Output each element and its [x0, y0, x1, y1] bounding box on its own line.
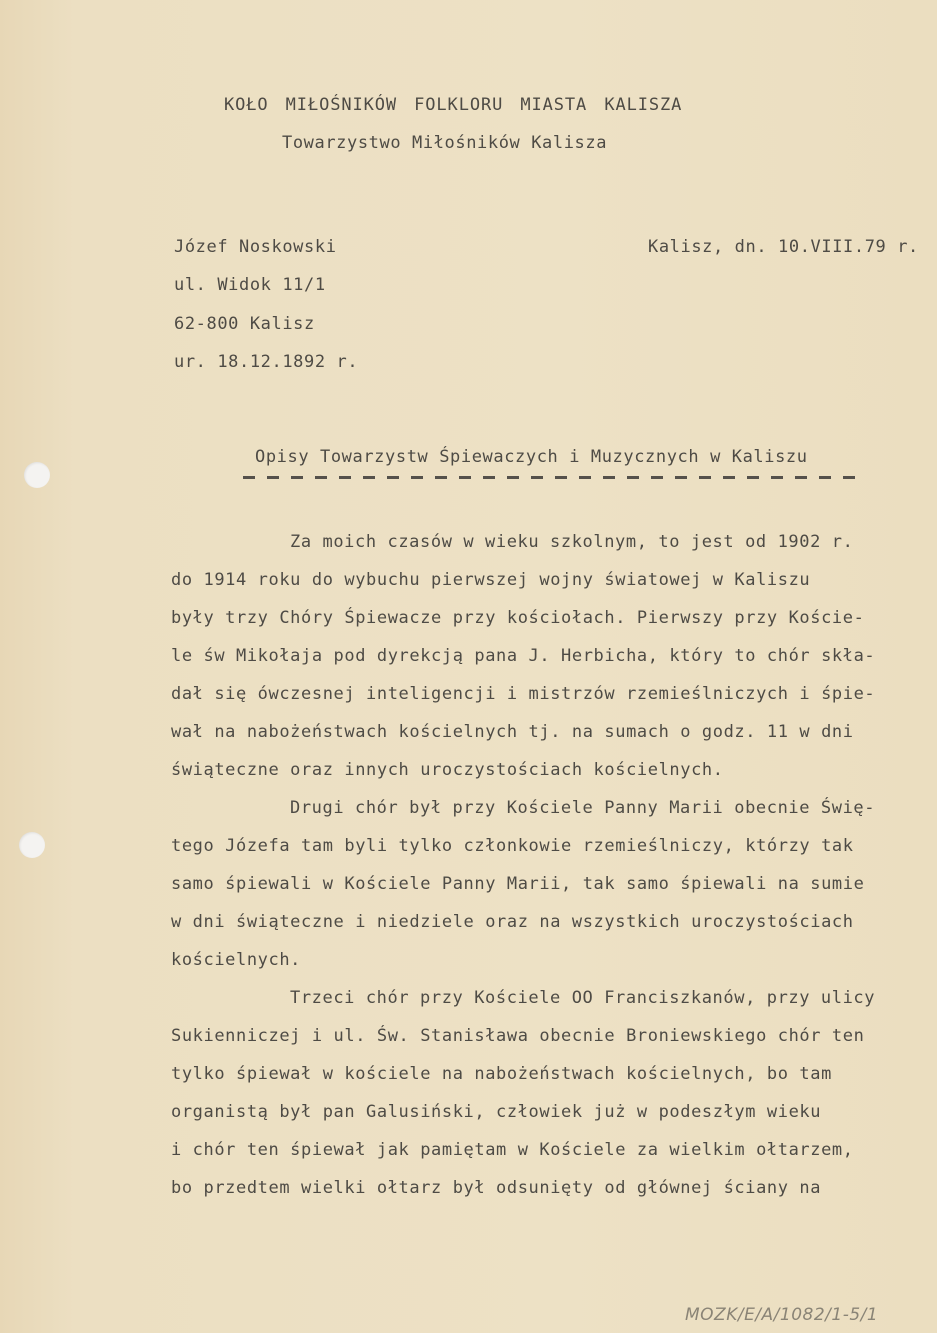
sender-birthdate: ur. 18.12.1892 r. [174, 352, 358, 372]
body-line: organistą był pan Galusiński, człowiek j… [171, 1102, 821, 1122]
body-line: samo śpiewali w Kościele Panny Marii, ta… [171, 874, 864, 894]
body-line: były trzy Chóry Śpiewacze przy kościołac… [171, 608, 864, 628]
sender-street: ul. Widok 11/1 [174, 275, 326, 295]
letterhead-organization: KOŁO MIŁOŚNIKÓW FOLKLORU MIASTA KALISZA [224, 95, 682, 115]
body-line: Sukienniczej i ul. Św. Stanisława obecni… [171, 1026, 864, 1046]
body-line: dał się ówczesnej inteligencji i mistrzó… [171, 684, 875, 704]
body-line: Za moich czasów w wieku szkolnym, to jes… [290, 532, 853, 552]
sender-city: 62-800 Kalisz [174, 314, 315, 334]
body-line: i chór ten śpiewał jak pamiętam w Koście… [171, 1140, 854, 1160]
body-line: Drugi chór był przy Kościele Panny Marii… [290, 798, 875, 818]
body-line: kościelnych. [171, 950, 301, 970]
punch-hole-top [24, 462, 50, 488]
punch-hole-bottom [19, 832, 45, 858]
paper-background [0, 0, 937, 1333]
sender-name: Józef Noskowski [174, 237, 337, 257]
body-line: do 1914 roku do wybuchu pierwszej wojny … [171, 570, 810, 590]
letter-date: Kalisz, dn. 10.VIII.79 r. [648, 237, 919, 257]
body-line: le św Mikołaja pod dyrekcją pana J. Herb… [171, 646, 875, 666]
body-line: świąteczne oraz innych uroczystościach k… [171, 760, 724, 780]
body-line: w dni świąteczne i niedziele oraz na wsz… [171, 912, 854, 932]
title-underline [243, 476, 855, 479]
body-line: tylko śpiewał w kościele na nabożeństwac… [171, 1064, 832, 1084]
body-line: wał na nabożeństwach kościelnych tj. na … [171, 722, 854, 742]
body-line: Trzeci chór przy Kościele OO Franciszkan… [290, 988, 875, 1008]
body-line: bo przedtem wielki ołtarz był odsunięty … [171, 1178, 821, 1198]
body-line: tego Józefa tam byli tylko członkowie rz… [171, 836, 854, 856]
letterhead-society: Towarzystwo Miłośników Kalisza [282, 133, 607, 153]
archive-signature: MOZK/E/A/1082/1-5/1 [685, 1305, 878, 1325]
document-title: Opisy Towarzystw Śpiewaczych i Muzycznyc… [255, 447, 808, 467]
